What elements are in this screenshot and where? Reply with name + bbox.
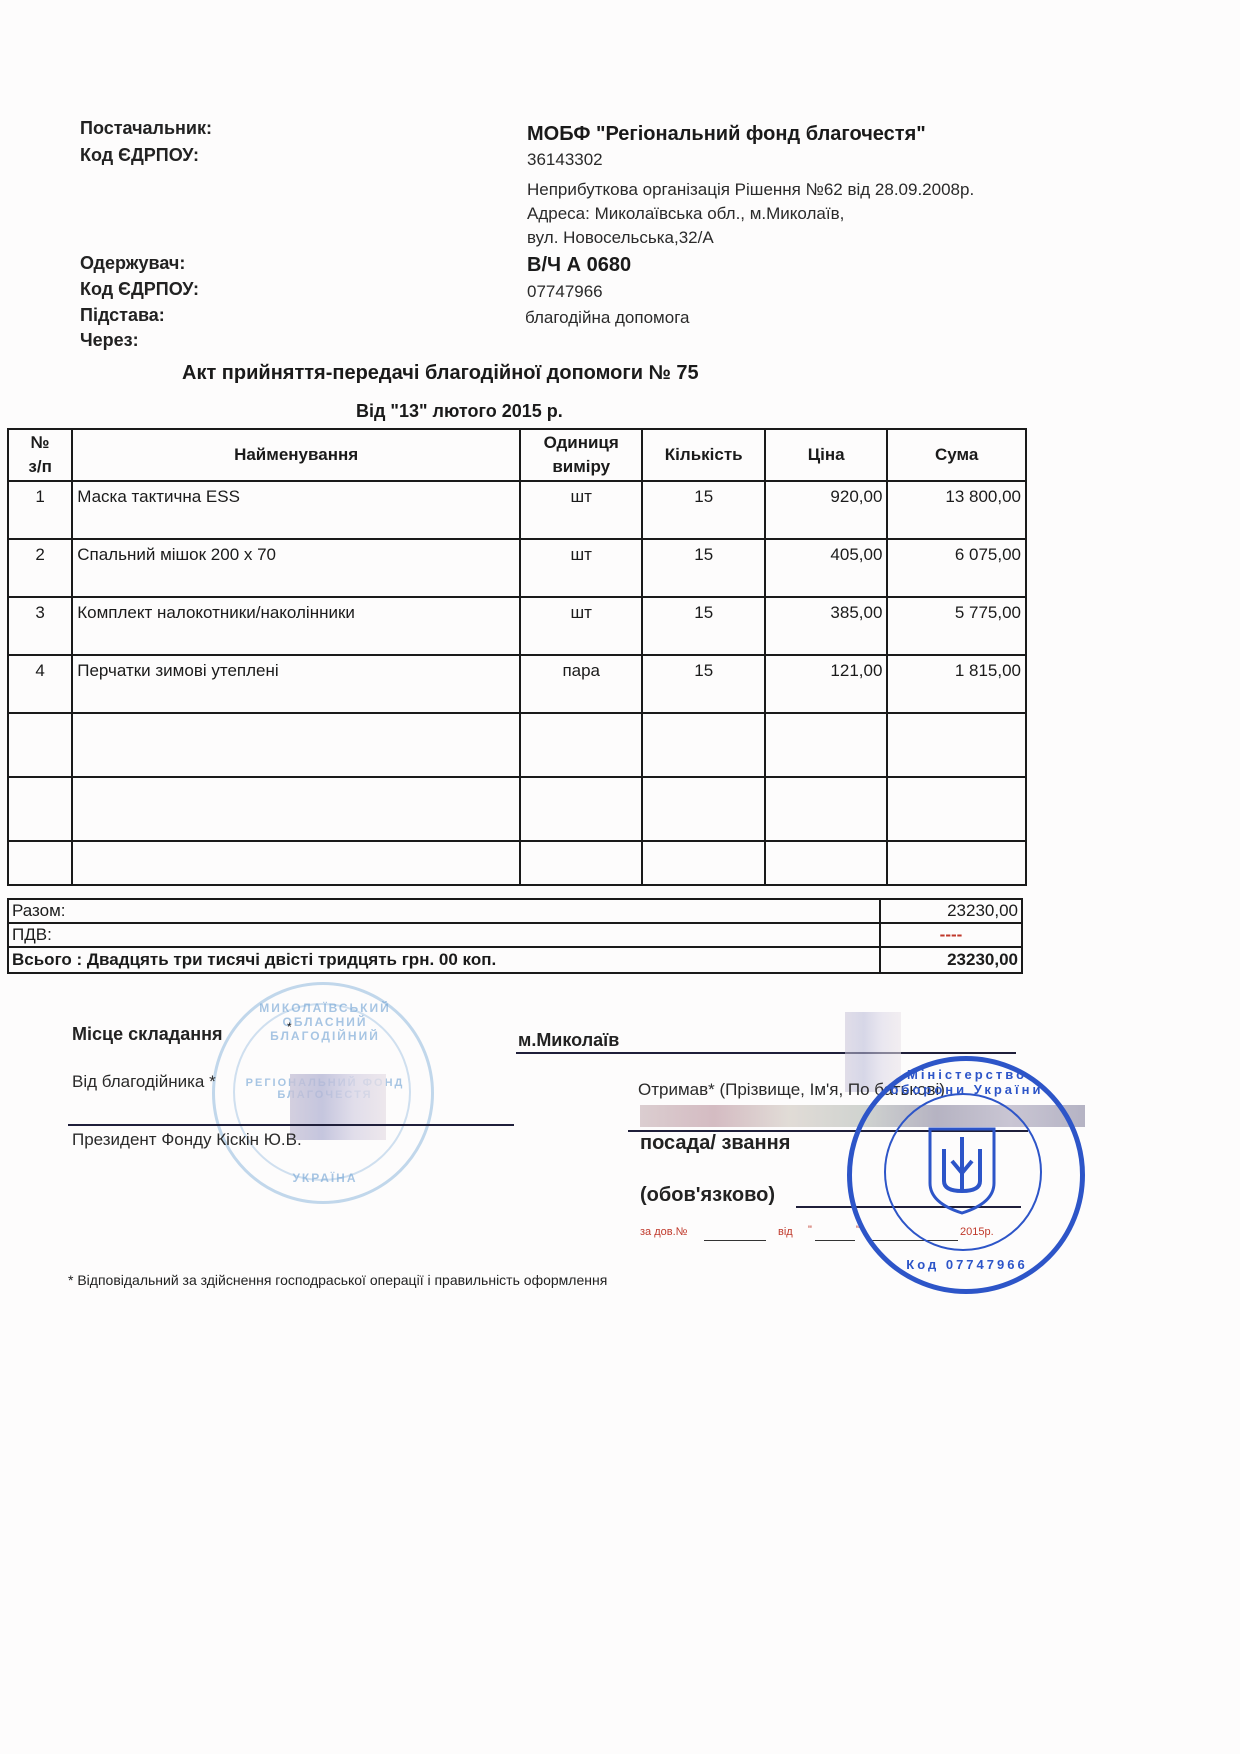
cell-empty <box>72 777 520 841</box>
cell-sum: 6 075,00 <box>887 539 1026 597</box>
recipient-via-label: Через: <box>80 330 139 351</box>
place-label: Місце складання <box>72 1024 222 1045</box>
cell-sum: 13 800,00 <box>887 481 1026 539</box>
items-table: № з/п Найменування Одиниця виміру Кількі… <box>7 428 1027 886</box>
cell-price: 405,00 <box>765 539 887 597</box>
cell-quantity: 15 <box>642 597 764 655</box>
supplier-address-line2: вул. Новосельська,32/А <box>527 228 714 248</box>
totals-table: Разом: 23230,00 ПДВ: ---- Всього : Двадц… <box>7 898 1023 974</box>
redacted-donor-signature <box>290 1074 386 1140</box>
cell-number: 3 <box>8 597 72 655</box>
supplier-label: Постачальник: <box>80 118 212 139</box>
cell-quantity: 15 <box>642 539 764 597</box>
col-header-name: Найменування <box>72 429 520 481</box>
donor-stamp-text-top: МИКОЛАЇВСЬКИЙ ОБЛАСНИЙ БЛАГОДІЙНИЙ <box>255 1001 395 1043</box>
cell-unit: пара <box>520 655 642 713</box>
cell-number: 4 <box>8 655 72 713</box>
recipient-label: Одержувач: <box>80 253 185 274</box>
cell-quantity: 15 <box>642 481 764 539</box>
donor-stamp-text-bottom: УКРАЇНА <box>275 1171 375 1185</box>
cell-empty <box>887 777 1026 841</box>
recipient-edrpou: 07747966 <box>527 282 603 302</box>
cell-sum: 5 775,00 <box>887 597 1026 655</box>
cell-unit: шт <box>520 539 642 597</box>
cell-price: 385,00 <box>765 597 887 655</box>
cell-empty <box>887 841 1026 885</box>
place-underline <box>516 1052 1016 1054</box>
proxy-day-line <box>815 1240 855 1241</box>
grand-total-label: Всього : Двадцять три тисячі двісті трид… <box>8 947 880 973</box>
col-header-price: Ціна <box>765 429 887 481</box>
col-header-unit-line2: виміру <box>521 455 641 479</box>
subtotal-row: Разом: 23230,00 <box>8 899 1022 923</box>
recipient-stamp: Міністерство оборони України Код 0774796… <box>847 1056 1085 1294</box>
place-value: м.Миколаїв <box>518 1030 619 1051</box>
supplier-status: Неприбуткова організація Рішення №62 від… <box>527 180 974 200</box>
trident-emblem-icon <box>926 1125 998 1215</box>
cell-empty <box>8 841 72 885</box>
recipient-name: В/Ч А 0680 <box>527 254 631 277</box>
cell-unit: шт <box>520 481 642 539</box>
table-header-row: № з/п Найменування Одиниця виміру Кількі… <box>8 429 1026 481</box>
cell-empty <box>8 777 72 841</box>
cell-price: 920,00 <box>765 481 887 539</box>
recipient-edrpou-label: Код ЄДРПОУ: <box>80 279 199 300</box>
table-row: 3 Комплект налокотники/наколінники шт 15… <box>8 597 1026 655</box>
document-title: Акт прийняття-передачі благодійної допом… <box>182 362 699 385</box>
table-row-empty <box>8 841 1026 885</box>
donor-signature-line <box>68 1124 514 1126</box>
cell-name: Комплект налокотники/наколінники <box>72 597 520 655</box>
supplier-edrpou-label: Код ЄДРПОУ: <box>80 145 199 166</box>
cell-empty <box>8 713 72 777</box>
cell-sum: 1 815,00 <box>887 655 1026 713</box>
grand-total-value: 23230,00 <box>880 947 1022 973</box>
col-header-sum: Сума <box>887 429 1026 481</box>
recipient-stamp-text-top: Міністерство оборони України <box>872 1067 1062 1097</box>
donor-role: Президент Фонду Кіскін Ю.В. <box>72 1130 302 1150</box>
cell-empty <box>765 777 887 841</box>
recipient-basis: благодійна допомога <box>525 308 689 328</box>
cell-name: Спальний мішок 200 х 70 <box>72 539 520 597</box>
document-date: Від "13" лютого 2015 р. <box>356 401 563 422</box>
vat-row: ПДВ: ---- <box>8 923 1022 947</box>
table-row-empty <box>8 713 1026 777</box>
cell-empty <box>520 713 642 777</box>
subtotal-label: Разом: <box>8 899 880 923</box>
cell-empty <box>765 713 887 777</box>
vat-label: ПДВ: <box>8 923 880 947</box>
table-row: 4 Перчатки зимові утеплені пара 15 121,0… <box>8 655 1026 713</box>
vat-value: ---- <box>880 923 1022 947</box>
proxy-open-quote: " <box>808 1224 812 1236</box>
cell-price: 121,00 <box>765 655 887 713</box>
cell-name: Маска тактична ESS <box>72 481 520 539</box>
cell-empty <box>765 841 887 885</box>
proxy-number-line <box>704 1240 766 1241</box>
col-header-unit-line1: Одиниця <box>521 431 641 455</box>
col-header-unit: Одиниця виміру <box>520 429 642 481</box>
cell-empty <box>642 841 764 885</box>
cell-empty <box>642 777 764 841</box>
cell-quantity: 15 <box>642 655 764 713</box>
position-label: посада/ звання <box>640 1132 790 1155</box>
footnote: * Відповідальний за здійснення господрас… <box>68 1272 607 1288</box>
recipient-basis-label: Підстава: <box>80 305 165 326</box>
cell-empty <box>72 841 520 885</box>
table-row: 1 Маска тактична ESS шт 15 920,00 13 800… <box>8 481 1026 539</box>
col-header-quantity: Кількість <box>642 429 764 481</box>
mandatory-label: (обов'язково) <box>640 1184 775 1207</box>
proxy-date-label: від <box>778 1226 793 1238</box>
cell-name: Перчатки зимові утеплені <box>72 655 520 713</box>
subtotal-value: 23230,00 <box>880 899 1022 923</box>
cell-empty <box>72 713 520 777</box>
table-row-empty <box>8 777 1026 841</box>
col-header-number: № з/п <box>8 429 72 481</box>
supplier-edrpou: 36143302 <box>527 150 603 170</box>
donor-label: Від благодійника * <box>72 1072 216 1092</box>
table-row: 2 Спальний мішок 200 х 70 шт 15 405,00 6… <box>8 539 1026 597</box>
cell-number: 1 <box>8 481 72 539</box>
supplier-name: МОБФ "Регіональний фонд благочестя" <box>527 123 926 146</box>
grand-total-row: Всього : Двадцять три тисячі двісті трид… <box>8 947 1022 973</box>
cell-number: 2 <box>8 539 72 597</box>
cell-unit: шт <box>520 597 642 655</box>
cell-empty <box>887 713 1026 777</box>
cell-empty <box>642 713 764 777</box>
supplier-address-line1: Адреса: Миколаївська обл., м.Миколаїв, <box>527 204 844 224</box>
col-header-number-line1: № <box>9 431 71 455</box>
proxy-number-label: за дов.№ <box>640 1226 687 1238</box>
col-header-number-line2: з/п <box>9 455 71 479</box>
place-marker: * <box>287 1020 292 1034</box>
cell-empty <box>520 777 642 841</box>
cell-empty <box>520 841 642 885</box>
